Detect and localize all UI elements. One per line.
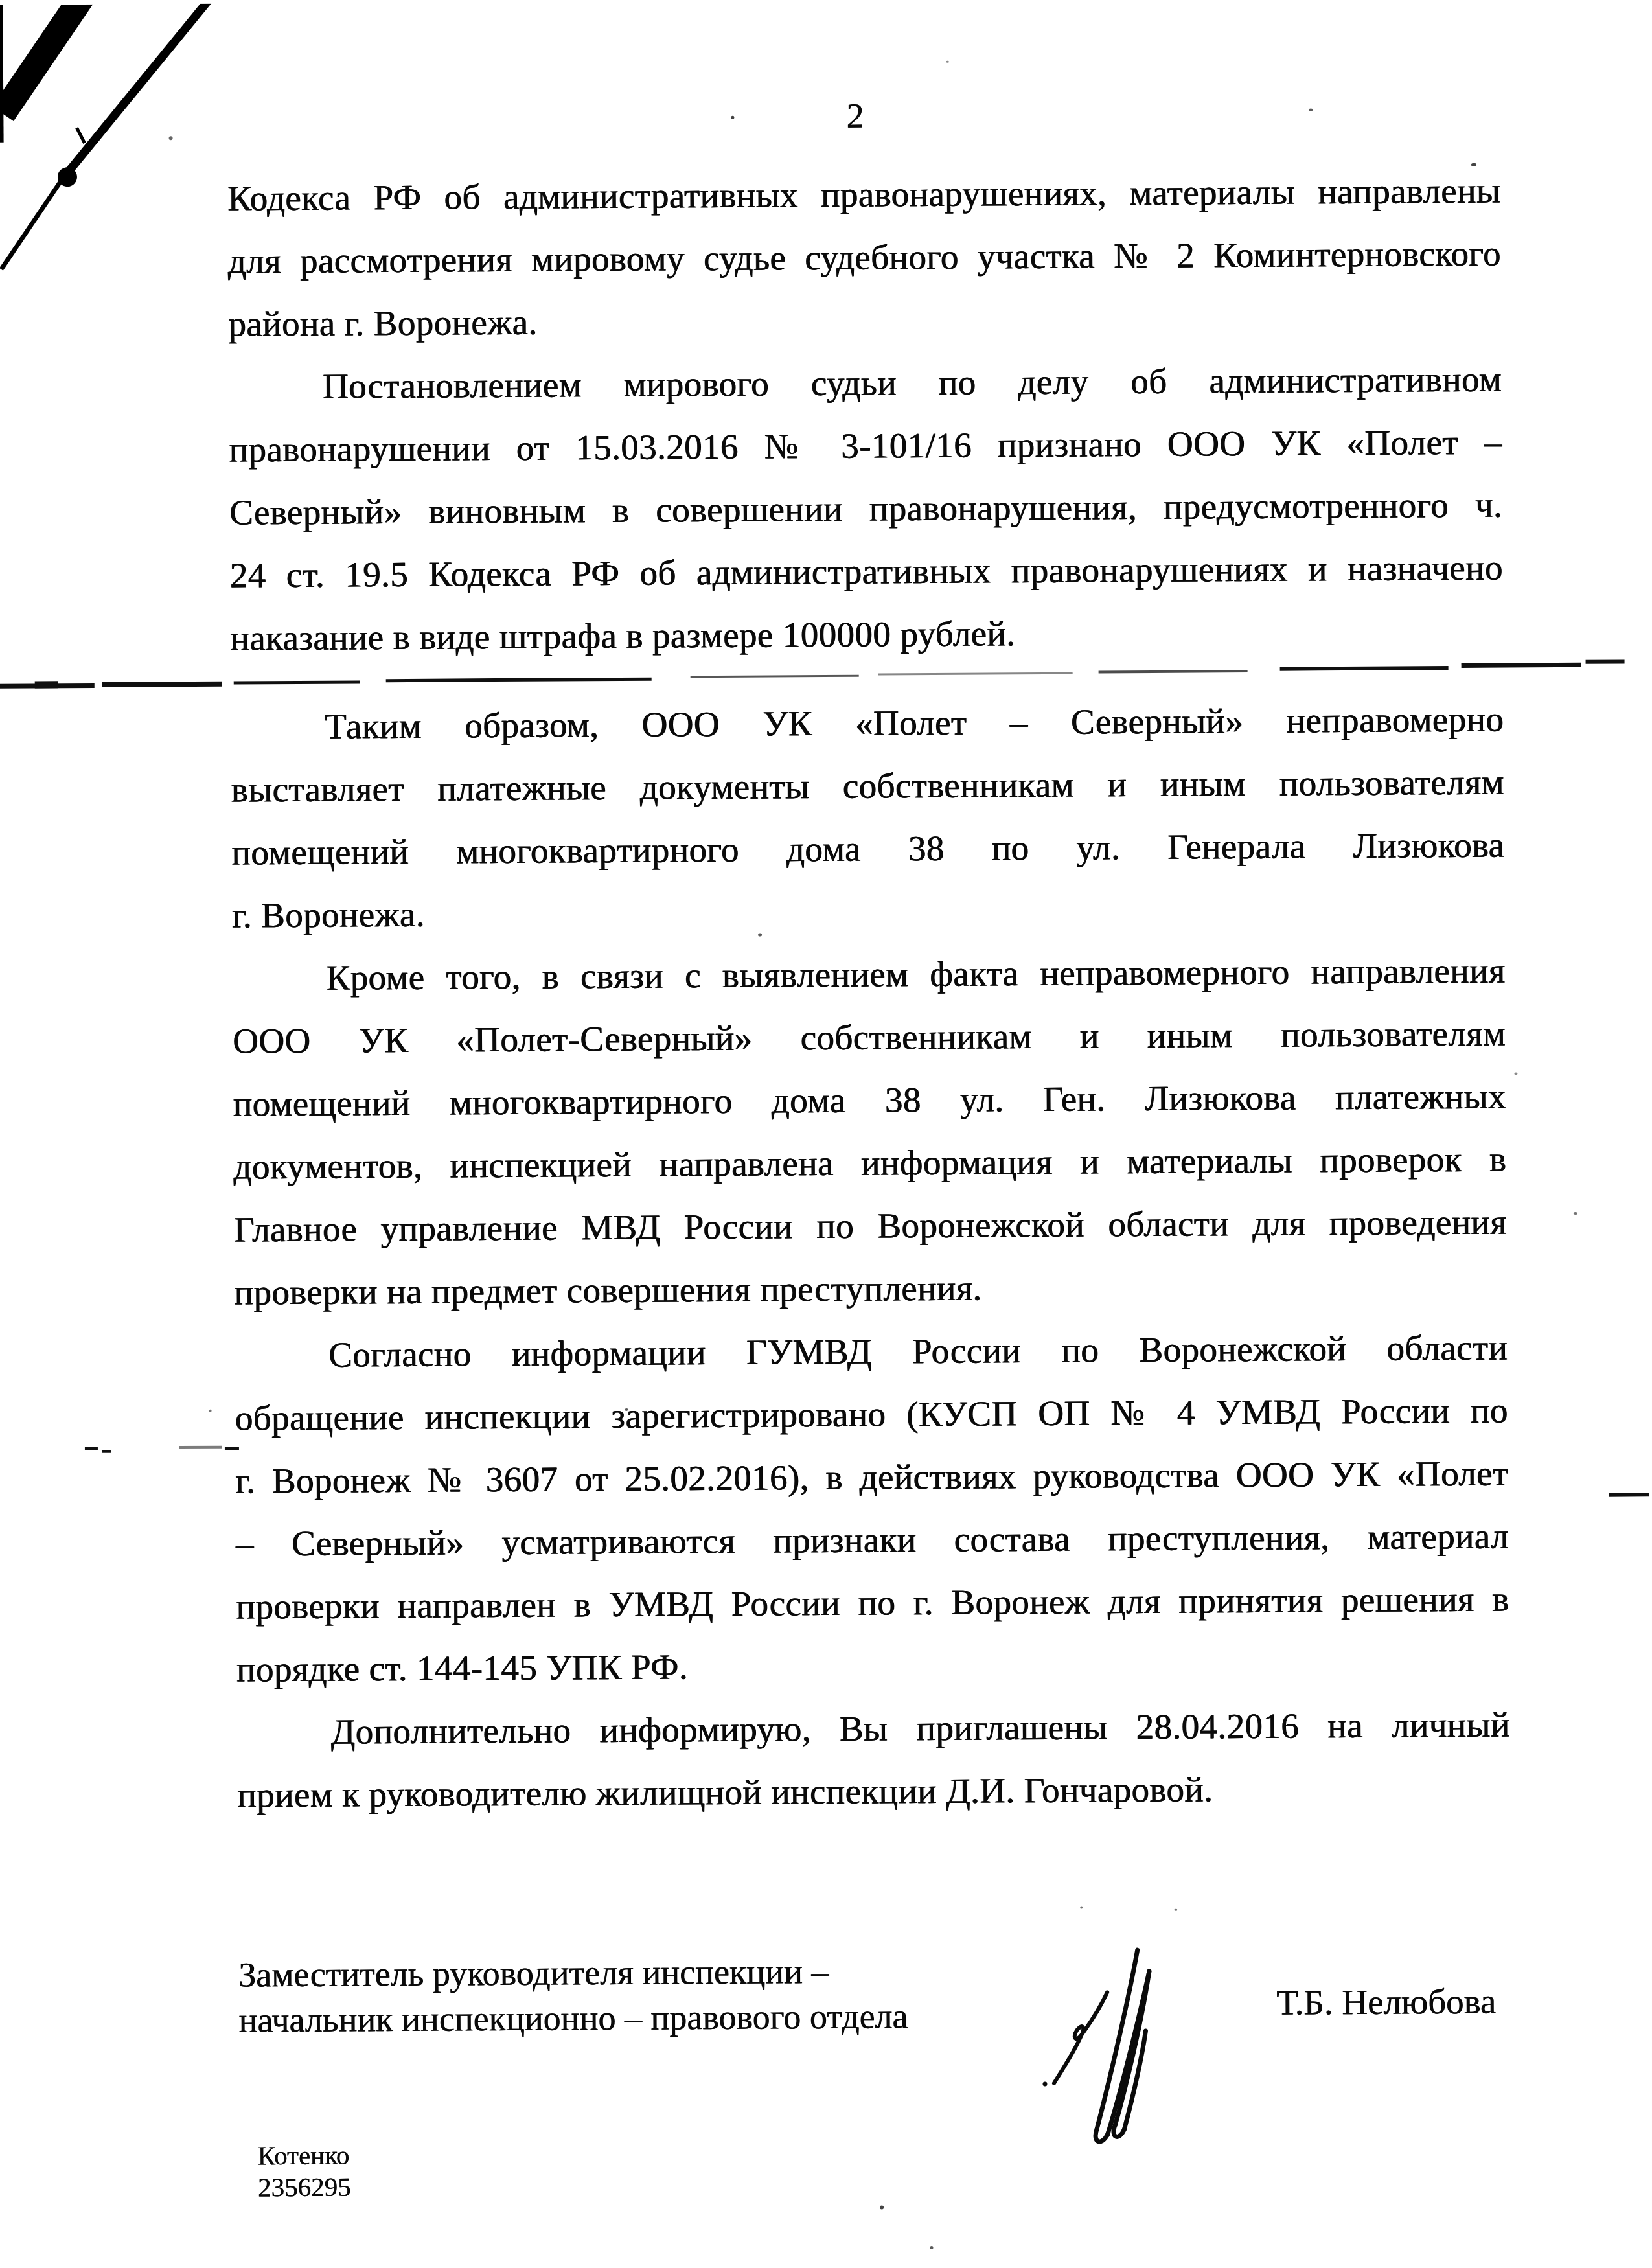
text-line: проверки на предмет совершения преступле… <box>234 1254 1508 1324</box>
text-line: Согласно информации ГУМВД России по Воро… <box>235 1316 1508 1387</box>
letter-body: Кодекса РФ об административных правонару… <box>227 159 1511 1827</box>
text-line: Кроме того, в связи с выявлением факта н… <box>232 939 1506 1010</box>
scan-content: 2 Кодекса РФ об административных правона… <box>0 0 1652 2268</box>
executor-name: Котенко <box>257 2140 350 2172</box>
paragraph: Таким образом, ООО УК «Полет – Северный»… <box>231 688 1505 947</box>
text-line: помещений многоквартирного дома 38 по ул… <box>231 814 1505 884</box>
text-line: 24 ст. 19.5 Кодекса РФ об административн… <box>229 536 1503 607</box>
paragraph: Кроме того, в связи с выявлением факта н… <box>232 939 1508 1324</box>
text-line: Дополнительно информирую, Вы приглашены … <box>236 1693 1510 1764</box>
paragraph: Согласно информации ГУМВД России по Воро… <box>235 1316 1510 1701</box>
text-line: ООО УК «Полет-Северный» собственникам и … <box>233 1002 1506 1073</box>
signatory-name: Т.Б. Нелюбова <box>1276 1982 1496 2022</box>
text-line: наказание в виде штрафа в размере 100000… <box>230 599 1504 670</box>
text-line: обращение инспекции зарегистрировано (КУ… <box>235 1379 1508 1450</box>
text-line: прием к руководителю жилищной инспекции … <box>237 1756 1511 1827</box>
text-line: Северный» виновным в совершении правонар… <box>229 474 1503 544</box>
text-line: г. Воронеж № 3607 от 25.02.2016), в дейс… <box>235 1442 1509 1513</box>
paragraph: Постановлением мирового судьи по делу об… <box>229 348 1504 670</box>
corner-fold-artifact <box>0 3 449 394</box>
text-line: Таким образом, ООО УК «Полет – Северный»… <box>231 688 1504 759</box>
text-line: правонарушении от 15.03.2016 № 3-101/16 … <box>229 411 1502 481</box>
edge-fold-artifact <box>0 560 10 658</box>
text-line: проверки направлен в УМВД России по г. В… <box>236 1568 1509 1638</box>
signature-position-line1: Заместитель руководителя инспекции – <box>238 1947 1081 1998</box>
signature-position-line2: начальник инспекционно – правового отдел… <box>238 1993 1081 2043</box>
text-line: выставляет платежные документы собственн… <box>231 751 1504 821</box>
text-line: – Северный» усматриваются признаки соста… <box>236 1505 1509 1575</box>
text-line: помещений многоквартирного дома 38 ул. Г… <box>233 1065 1506 1136</box>
text-line: документов, инспекцией направлена информ… <box>233 1128 1507 1198</box>
text-line: порядке ст. 144-145 УПК РФ. <box>236 1631 1510 1701</box>
executor-phone: 2356295 <box>258 2171 351 2204</box>
paragraph: Дополнительно информирую, Вы приглашены … <box>236 1693 1510 1827</box>
signature-position-title: Заместитель руководителя инспекции – нач… <box>238 1947 1081 2043</box>
page-number: 2 <box>846 98 864 133</box>
text-line: Главное управление МВД России по Воронеж… <box>234 1191 1508 1261</box>
handwritten-signature-icon <box>1034 1940 1165 2158</box>
scanned-letter-page: 2 Кодекса РФ об административных правона… <box>0 0 1652 2268</box>
text-line: г. Воронежа. <box>232 876 1506 947</box>
executor-footer: Котенко 2356295 <box>257 2140 350 2204</box>
